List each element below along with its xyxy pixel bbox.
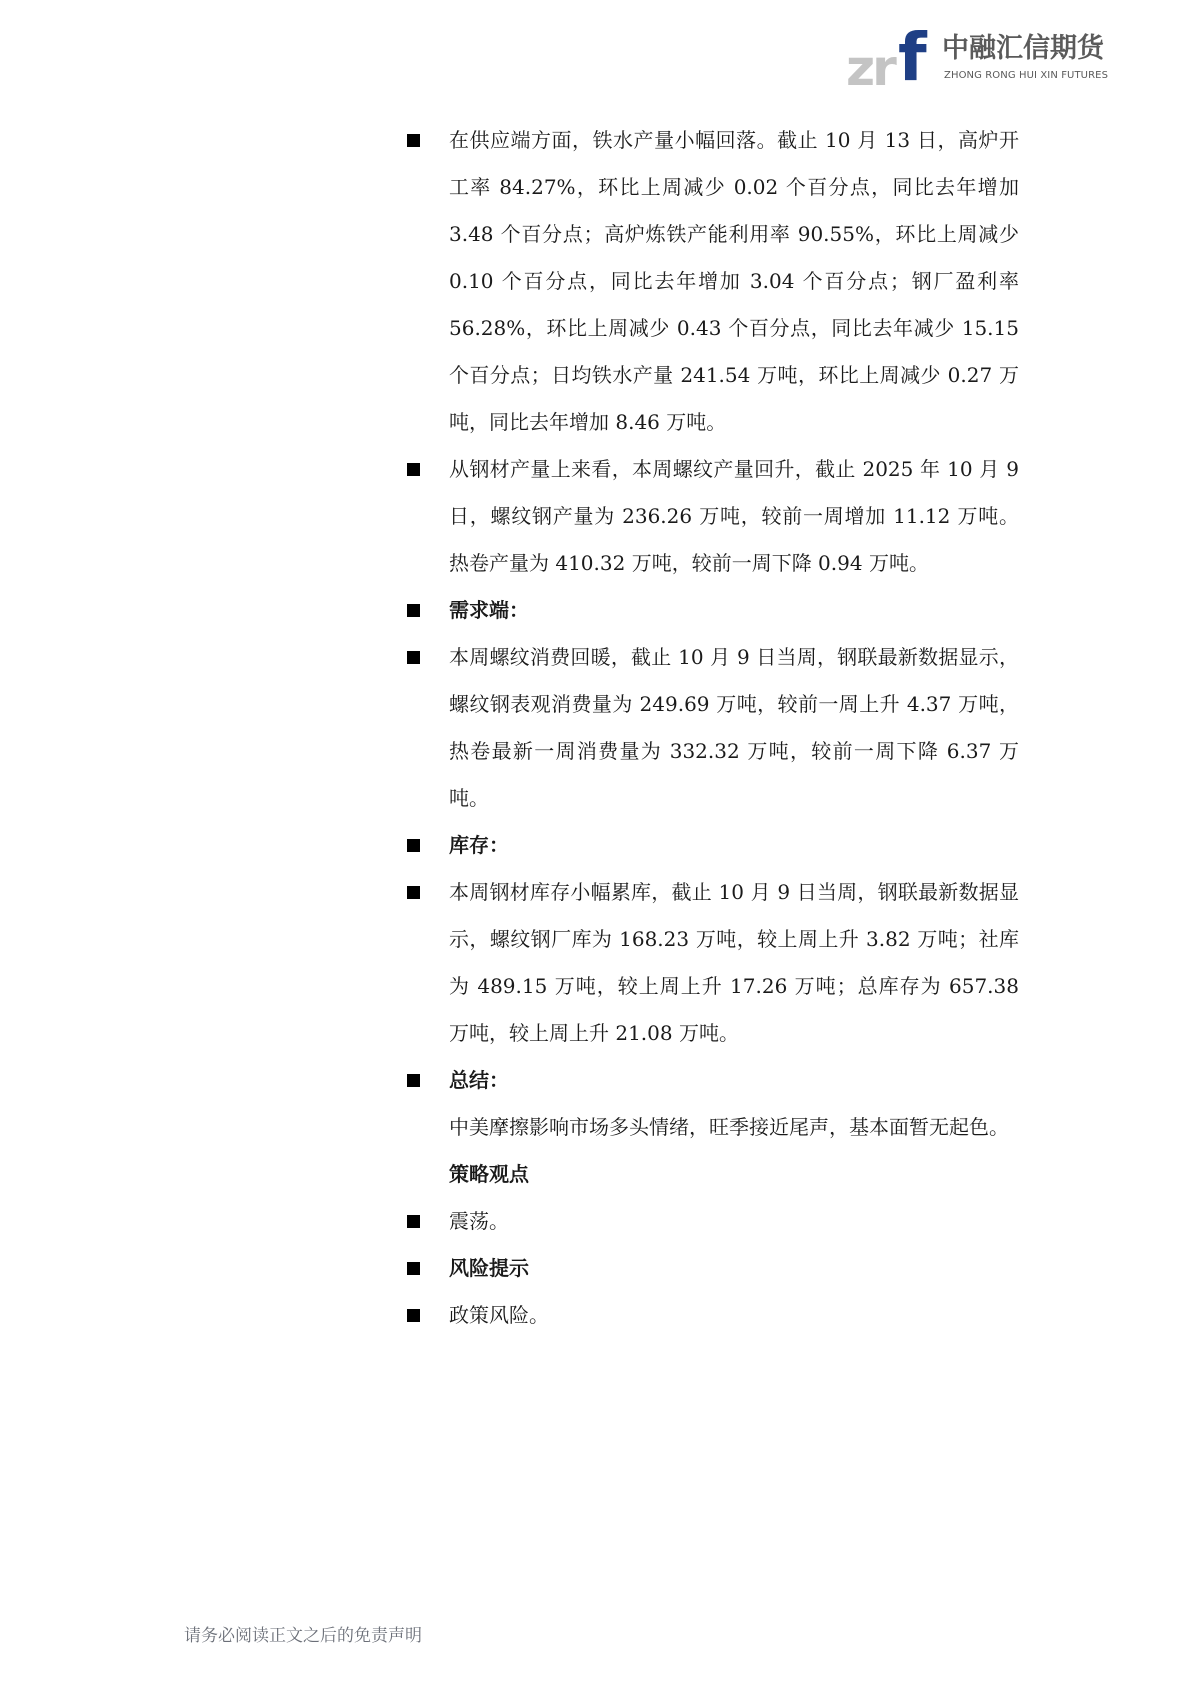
heading-inventory: 库存： [0, 822, 1019, 869]
bullet-text: 震荡。 [449, 1209, 509, 1233]
bullet-supply: 在供应端方面，铁水产量小幅回落。截止 10 月 13 日，高炉开工率 84.27… [0, 117, 1019, 446]
square-bullet-icon [407, 1309, 420, 1322]
report-body: 在供应端方面，铁水产量小幅回落。截止 10 月 13 日，高炉开工率 84.27… [0, 117, 1190, 1339]
bullet-text: 政策风险。 [449, 1303, 549, 1327]
logo-company-name-cn: 中融汇信期货 [942, 34, 1104, 64]
bullet-steel-output: 从钢材产量上来看，本周螺纹产量回升，截止 2025 年 10 月 9 日，螺纹钢… [0, 446, 1019, 587]
logo-mark-f: f [898, 26, 927, 90]
square-bullet-icon [407, 1262, 420, 1275]
bullet-text: 本周螺纹消费回暖，截止 10 月 9 日当周，钢联最新数据显示，螺纹钢表观消费量… [449, 645, 1019, 810]
bullet-strategy: 震荡。 [0, 1198, 1019, 1245]
heading-risk: 风险提示 [0, 1245, 1019, 1292]
square-bullet-icon [407, 839, 420, 852]
summary-paragraph: 中美摩擦影响市场多头情绪，旺季接近尾声，基本面暂无起色。 [367, 1104, 1019, 1151]
section-heading: 库存： [449, 833, 509, 857]
square-bullet-icon [407, 1215, 420, 1228]
section-heading: 风险提示 [449, 1256, 529, 1280]
bullet-demand: 本周螺纹消费回暖，截止 10 月 9 日当周，钢联最新数据显示，螺纹钢表观消费量… [0, 634, 1019, 822]
square-bullet-icon [407, 886, 420, 899]
section-heading: 策略观点 [449, 1162, 529, 1186]
section-heading: 需求端： [449, 598, 529, 622]
heading-summary: 总结： [0, 1057, 1019, 1104]
square-bullet-icon [407, 1074, 420, 1087]
company-logo: zr f 中融汇信期货 ZHONG RONG HUI XIN FUTURES [846, 28, 1116, 90]
section-heading: 总结： [449, 1068, 509, 1092]
square-bullet-icon [407, 604, 420, 617]
square-bullet-icon [407, 463, 420, 476]
bullet-text: 本周钢材库存小幅累库，截止 10 月 9 日当周，钢联最新数据显示，螺纹钢厂库为… [449, 880, 1019, 1045]
logo-mark-zr: zr [846, 48, 894, 88]
bullet-text: 从钢材产量上来看，本周螺纹产量回升，截止 2025 年 10 月 9 日，螺纹钢… [449, 457, 1019, 575]
bullet-text: 在供应端方面，铁水产量小幅回落。截止 10 月 13 日，高炉开工率 84.27… [449, 128, 1019, 434]
bullet-inventory: 本周钢材库存小幅累库，截止 10 月 9 日当周，钢联最新数据显示，螺纹钢厂库为… [0, 869, 1019, 1057]
heading-demand: 需求端： [0, 587, 1019, 634]
bullet-risk: 政策风险。 [0, 1292, 1019, 1339]
square-bullet-icon [407, 134, 420, 147]
logo-company-name-en: ZHONG RONG HUI XIN FUTURES [944, 70, 1108, 82]
square-bullet-icon [407, 651, 420, 664]
footer-disclaimer: 请务必阅读正文之后的免责声明 [184, 1624, 422, 1648]
heading-strategy: 策略观点 [0, 1151, 1019, 1198]
